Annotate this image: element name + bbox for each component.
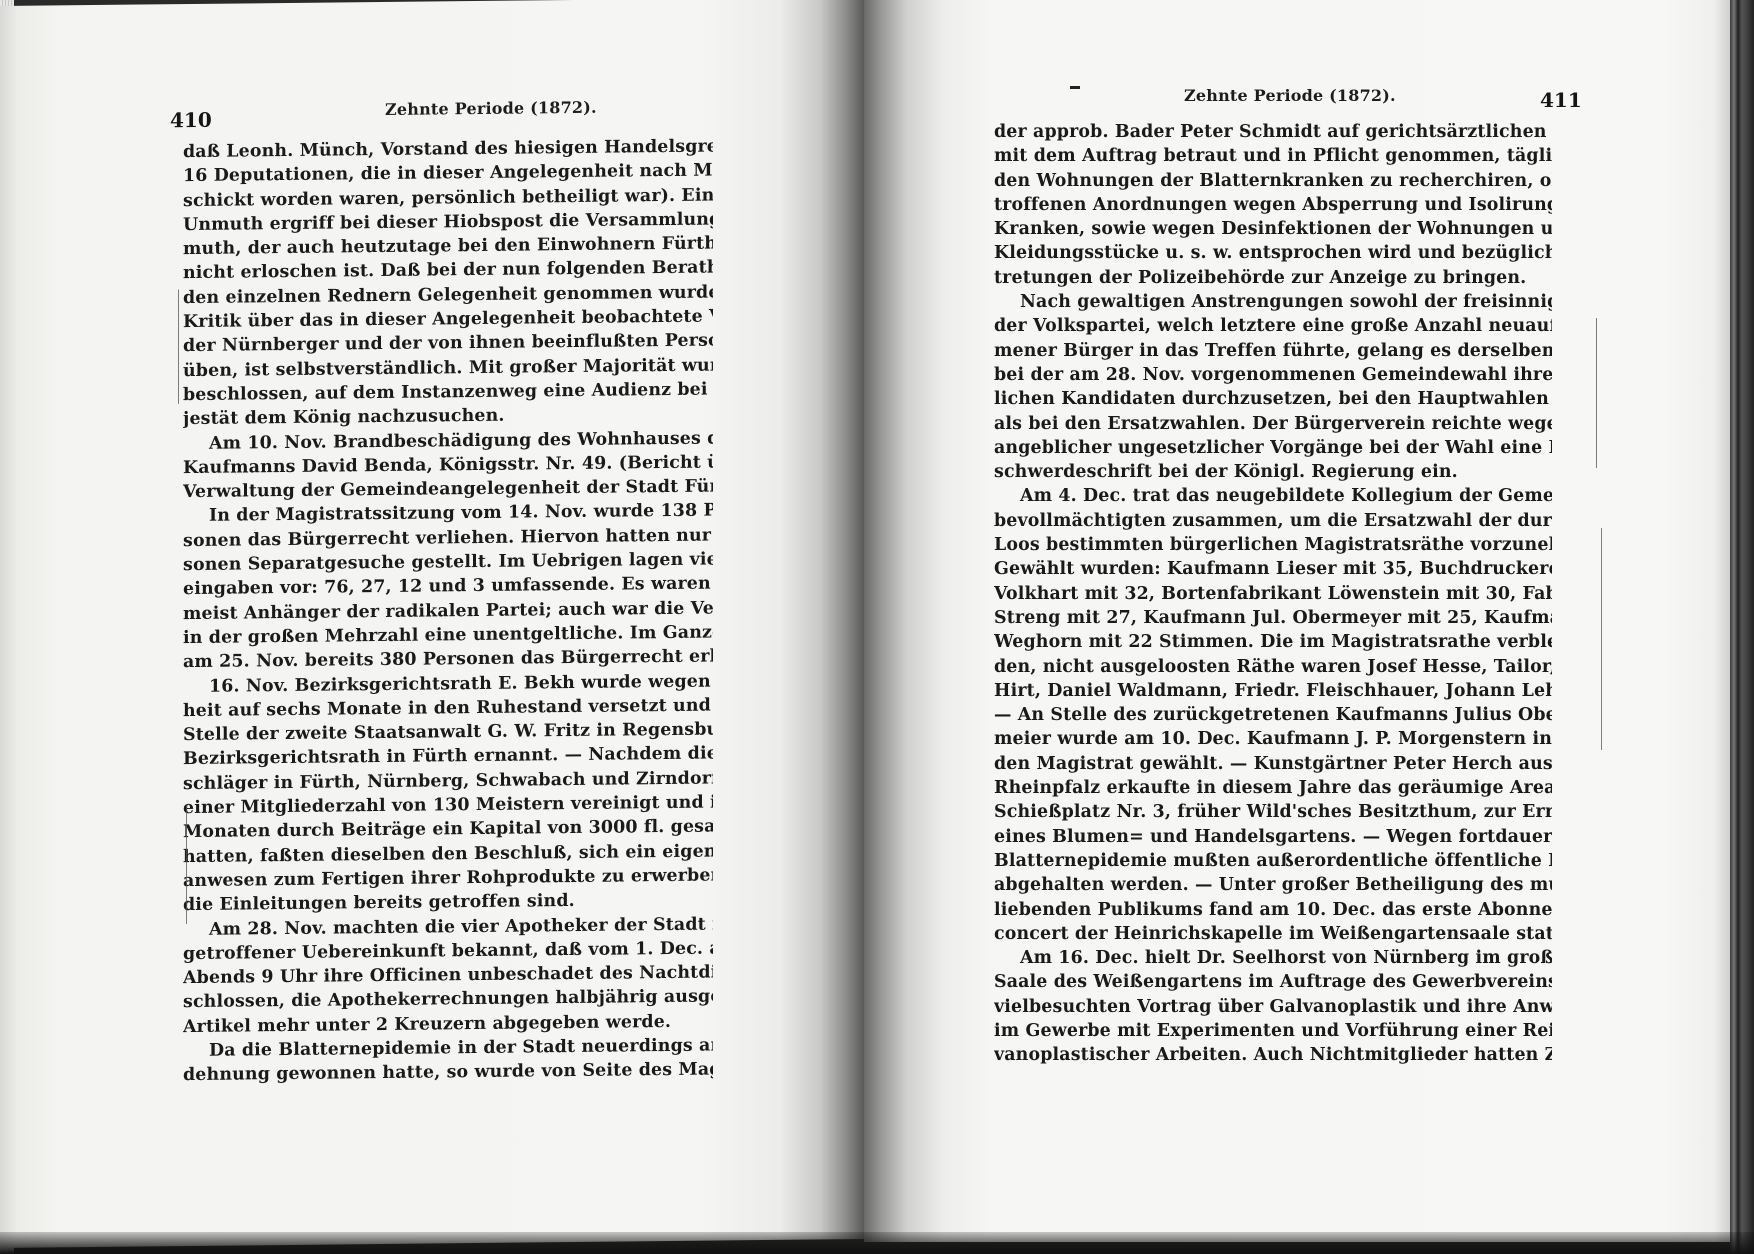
text-line: Schießplatz Nr. 3, früher Wild'sches Bes…: [994, 800, 1552, 824]
page-number-right: 411: [1540, 88, 1582, 112]
text-line: dehnung gewonnen hatte, so wurde von Sei…: [183, 1058, 713, 1088]
text-line: lichen Kandidaten durchzusetzen, bei den…: [994, 387, 1552, 411]
text-line: der approb. Bader Peter Schmidt auf geri…: [994, 120, 1552, 144]
text-line: Hirt, Daniel Waldmann, Friedr. Fleischha…: [994, 679, 1552, 703]
text-line: den Magistrat gewählt. — Kunstgärtner Pe…: [994, 752, 1552, 776]
right-page-text: der approb. Bader Peter Schmidt auf geri…: [994, 120, 1552, 1068]
text-line: Rheinpfalz erkaufte in diesem Jahre das …: [994, 776, 1552, 800]
print-mark: [1070, 86, 1080, 89]
text-line: der Volkspartei, welch letztere eine gro…: [994, 314, 1552, 338]
book-scan: 410 Zehnte Periode (1872). daß Leonh. Mü…: [0, 0, 1754, 1254]
pencil-margin-mark: [1596, 318, 1597, 468]
text-line: Kranken, sowie wegen Desinfektionen der …: [994, 217, 1552, 241]
pencil-margin-mark: [178, 289, 179, 404]
pencil-margin-mark: [186, 804, 187, 924]
text-line: Gewählt wurden: Kaufmann Lieser mit 35, …: [994, 557, 1552, 581]
text-line: angeblicher ungesetzlicher Vorgänge bei …: [994, 436, 1552, 460]
text-line: Loos bestimmten bürgerlichen Magistratsr…: [994, 533, 1552, 557]
book-edge: [1730, 0, 1754, 1254]
text-line: liebenden Publikums fand am 10. Dec. das…: [994, 898, 1552, 922]
text-line: Saale des Weißengartens im Auftrage des …: [994, 970, 1552, 994]
left-page: 410 Zehnte Periode (1872). daß Leonh. Mü…: [0, 0, 864, 1248]
text-line: — An Stelle des zurückgetretenen Kaufman…: [994, 703, 1552, 727]
left-page-text: daß Leonh. Münch, Vorstand des hiesigen …: [183, 135, 713, 1088]
text-line: Blatternepidemie mußten außerordentliche…: [994, 849, 1552, 873]
text-line: abgehalten werden. — Unter großer Bethei…: [994, 873, 1552, 897]
text-line: vanoplastischer Arbeiten. Auch Nichtmitg…: [994, 1043, 1552, 1067]
running-head-right: Zehnte Periode (1872).: [1184, 86, 1396, 105]
text-line: tretungen der Polizeibehörde zur Anzeige…: [994, 266, 1552, 290]
running-head-left: Zehnte Periode (1872).: [385, 98, 597, 119]
text-line: concert der Heinrichskapelle im Weißenga…: [994, 922, 1552, 946]
text-line: schwerdeschrift bei der Königl. Regierun…: [994, 460, 1552, 484]
text-line: Volkhart mit 32, Bortenfabrikant Löwenst…: [994, 582, 1552, 606]
text-line: Nach gewaltigen Anstrengungen sowohl der…: [994, 290, 1552, 314]
text-line: meier wurde am 10. Dec. Kaufmann J. P. M…: [994, 727, 1552, 751]
text-line: mit dem Auftrag betraut und in Pflicht g…: [994, 144, 1552, 168]
scan-shadow: [0, 1232, 1754, 1254]
text-line: im Gewerbe mit Experimenten und Vorführu…: [994, 1019, 1552, 1043]
text-line: bevollmächtigten zusammen, um die Ersatz…: [994, 509, 1552, 533]
page-number-left: 410: [170, 108, 212, 132]
text-line: Weghorn mit 22 Stimmen. Die im Magistrat…: [994, 630, 1552, 654]
text-line: den, nicht ausgeloosten Räthe waren Jose…: [994, 655, 1552, 679]
text-line: den Wohnungen der Blatternkranken zu rec…: [994, 169, 1552, 193]
text-line: eines Blumen= und Handelsgartens. — Wege…: [994, 825, 1552, 849]
text-line: als bei den Ersatzwahlen. Der Bürgervere…: [994, 412, 1552, 436]
text-line: Streng mit 27, Kaufmann Jul. Obermeyer m…: [994, 606, 1552, 630]
right-page: Zehnte Periode (1872). 411 der approb. B…: [864, 0, 1730, 1242]
pencil-margin-mark: [1601, 528, 1602, 750]
text-line: Kleidungsstücke u. s. w. entsprochen wir…: [994, 241, 1552, 265]
text-line: Am 16. Dec. hielt Dr. Seelhorst von Nürn…: [994, 946, 1552, 970]
text-line: bei der am 28. Nov. vorgenommenen Gemein…: [994, 363, 1552, 387]
text-line: troffenen Anordnungen wegen Absperrung u…: [994, 193, 1552, 217]
text-line: Am 4. Dec. trat das neugebildete Kollegi…: [994, 484, 1552, 508]
text-line: mener Bürger in das Treffen führte, gela…: [994, 339, 1552, 363]
text-line: vielbesuchten Vortrag über Galvanoplasti…: [994, 995, 1552, 1019]
